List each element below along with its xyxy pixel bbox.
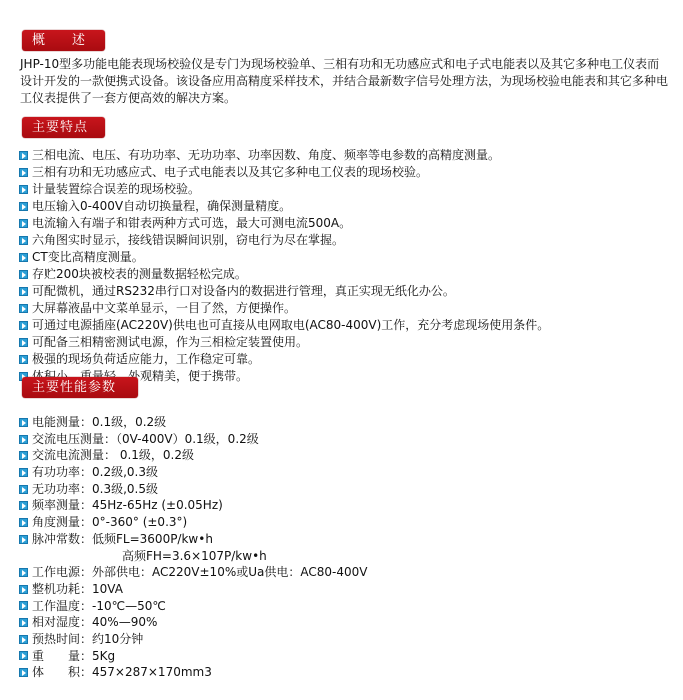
feature-text: 三相电流、电压、有功功率、无功功率、功率因数、角度、频率等电参数的高精度测量。: [32, 147, 500, 164]
feature-text: 电压输入0-400V自动切换量程，确保测量精度。: [32, 198, 291, 215]
feature-text: 可配备三相精密测试电源，作为三相检定装置使用。: [32, 334, 308, 351]
param-row-continuation: 高频FH=3.6×107P/kw•h: [19, 548, 367, 565]
blue-arrow-square-icon: [19, 501, 28, 510]
param-row: 无功功率：0.3级,0.5级: [19, 481, 367, 498]
param-label: 有功功率: [32, 464, 80, 481]
blue-arrow-square-icon: [19, 568, 28, 577]
param-label: 角度测量: [32, 514, 80, 531]
param-value: ：（0V-400V）0.1级，0.2级: [104, 431, 259, 448]
param-row: 频率测量：45Hz-65Hz (±0.05Hz): [19, 497, 367, 514]
list-item: 电压输入0-400V自动切换量程，确保测量精度。: [19, 198, 549, 215]
blue-arrow-square-icon: [19, 253, 28, 262]
list-item: 六角图实时显示，接线错误瞬间识别，窃电行为尽在掌握。: [19, 232, 549, 249]
param-row: 交流电压测量：（0V-400V）0.1级，0.2级: [19, 431, 367, 448]
param-value: ：5Kg: [80, 648, 115, 665]
list-item: 大屏幕液晶中文菜单显示，一目了然，方便操作。: [19, 300, 549, 317]
param-value: ：-10℃—50℃: [80, 598, 166, 615]
list-item: 三相电流、电压、有功功率、无功功率、功率因数、角度、频率等电参数的高精度测量。: [19, 147, 549, 164]
feature-text: 大屏幕液晶中文菜单显示，一目了然，方便操作。: [32, 300, 296, 317]
blue-arrow-square-icon: [19, 355, 28, 364]
feature-text: 六角图实时显示，接线错误瞬间识别，窃电行为尽在掌握。: [32, 232, 344, 249]
param-value: ：0.2级,0.3级: [80, 464, 158, 481]
param-row: 有功功率：0.2级,0.3级: [19, 464, 367, 481]
feature-text: 计量装置综合误差的现场校验。: [32, 181, 200, 198]
blue-arrow-square-icon: [19, 287, 28, 296]
title-char: 述: [72, 33, 86, 48]
param-label: 重 量: [32, 648, 80, 665]
list-item: 可配备三相精密测试电源，作为三相检定装置使用。: [19, 334, 549, 351]
list-item: 可配微机，通过RS232串行口对设备内的数据进行管理，真正实现无纸化办公。: [19, 283, 549, 300]
feature-text: 存贮200块被校表的测量数据轻松完成。: [32, 266, 247, 283]
param-row: 电能测量：0.1级，0.2级: [19, 414, 367, 431]
param-label: 整机功耗: [32, 581, 80, 598]
param-row: 交流电流测量： 0.1级，0.2级: [19, 447, 367, 464]
blue-arrow-square-icon: [19, 304, 28, 313]
blue-arrow-square-icon: [19, 435, 28, 444]
param-label: 交流电流测量: [32, 447, 104, 464]
blue-arrow-square-icon: [19, 338, 28, 347]
param-value: ： 0.1级，0.2级: [104, 447, 194, 464]
list-item: 电流输入有端子和钳表两种方式可选，最大可测电流500A。: [19, 215, 549, 232]
param-label: 无功功率: [32, 481, 80, 498]
param-value: ：外部供电：AC220V±10%或Ua供电：AC80-400V: [80, 564, 367, 581]
blue-arrow-square-icon: [19, 451, 28, 460]
blue-arrow-square-icon: [19, 585, 28, 594]
param-label: 脉冲常数: [32, 531, 80, 548]
param-row: 角度测量：0°-360° (±0.3°): [19, 514, 367, 531]
param-value: ：约10分钟: [80, 631, 143, 648]
list-item: 三相有功和无功感应式、电子式电能表以及其它多种电工仪表的现场校验。: [19, 164, 549, 181]
overview-paragraph: JHP-10型多功能电能表现场校验仪是专门为现场校验单、三相有功和无功感应式和电…: [20, 56, 670, 107]
param-row: 预热时间：约10分钟: [19, 631, 367, 648]
blue-arrow-square-icon: [19, 168, 28, 177]
blue-arrow-square-icon: [19, 651, 28, 660]
blue-arrow-square-icon: [19, 418, 28, 427]
param-label: 相对湿度: [32, 614, 80, 631]
blue-arrow-square-icon: [19, 535, 28, 544]
params-list: 电能测量：0.1级，0.2级 交流电压测量：（0V-400V）0.1级，0.2级…: [19, 414, 367, 681]
param-label: 预热时间: [32, 631, 80, 648]
section-title-features: 主要特点: [22, 117, 105, 138]
param-value: ：0.3级,0.5级: [80, 481, 158, 498]
param-value: ：10VA: [80, 581, 123, 598]
param-value: ：45Hz-65Hz (±0.05Hz): [80, 497, 223, 514]
blue-arrow-square-icon: [19, 518, 28, 527]
blue-arrow-square-icon: [19, 236, 28, 245]
blue-arrow-square-icon: [19, 185, 28, 194]
feature-text: 可通过电源插座(AC220V)供电也可直接从电网取电(AC80-400V)工作，…: [32, 317, 549, 334]
param-label: 频率测量: [32, 497, 80, 514]
param-row: 相对湿度：40%—90%: [19, 614, 367, 631]
feature-text: 三相有功和无功感应式、电子式电能表以及其它多种电工仪表的现场校验。: [32, 164, 428, 181]
blue-arrow-square-icon: [19, 151, 28, 160]
list-item: 极强的现场负荷适应能力，工作稳定可靠。: [19, 351, 549, 368]
list-item: 存贮200块被校表的测量数据轻松完成。: [19, 266, 549, 283]
param-row: 重 量：5Kg: [19, 648, 367, 665]
feature-text: 电流输入有端子和钳表两种方式可选，最大可测电流500A。: [32, 215, 351, 232]
param-row: 脉冲常数：低频FL=3600P/kw•h: [19, 531, 367, 548]
list-item: 可通过电源插座(AC220V)供电也可直接从电网取电(AC80-400V)工作，…: [19, 317, 549, 334]
param-label: 工作电源: [32, 564, 80, 581]
title-char: 概: [32, 33, 46, 48]
param-value: ：457×287×170mm3: [80, 664, 212, 681]
list-item: CT变比高精度测量。: [19, 249, 549, 266]
blue-arrow-square-icon: [19, 468, 28, 477]
blue-arrow-square-icon: [19, 485, 28, 494]
blue-arrow-square-icon: [19, 635, 28, 644]
blue-arrow-square-icon: [19, 321, 28, 330]
param-label: 交流电压测量: [32, 431, 104, 448]
feature-text: 可配微机，通过RS232串行口对设备内的数据进行管理，真正实现无纸化办公。: [32, 283, 455, 300]
param-value: ：低频FL=3600P/kw•h: [80, 531, 213, 548]
section-title-overview: 概述: [22, 30, 105, 51]
param-value: ：40%—90%: [80, 614, 157, 631]
blue-arrow-square-icon: [19, 219, 28, 228]
param-row: 整机功耗：10VA: [19, 581, 367, 598]
blue-arrow-square-icon: [19, 202, 28, 211]
param-row: 体 积：457×287×170mm3: [19, 664, 367, 681]
param-value: 高频FH=3.6×107P/kw•h: [122, 548, 267, 565]
list-item: 计量装置综合误差的现场校验。: [19, 181, 549, 198]
feature-text: 极强的现场负荷适应能力，工作稳定可靠。: [32, 351, 260, 368]
param-label: 电能测量: [32, 414, 80, 431]
features-list: 三相电流、电压、有功功率、无功功率、功率因数、角度、频率等电参数的高精度测量。 …: [19, 147, 549, 385]
param-label: 体 积: [32, 664, 80, 681]
blue-arrow-square-icon: [19, 668, 28, 677]
section-title-params: 主要性能参数: [22, 377, 138, 398]
param-row: 工作电源：外部供电：AC220V±10%或Ua供电：AC80-400V: [19, 564, 367, 581]
param-value: ：0.1级，0.2级: [80, 414, 166, 431]
blue-arrow-square-icon: [19, 270, 28, 279]
feature-text: CT变比高精度测量。: [32, 249, 144, 266]
blue-arrow-square-icon: [19, 601, 28, 610]
param-row: 工作温度：-10℃—50℃: [19, 598, 367, 615]
param-value: ：0°-360° (±0.3°): [80, 514, 187, 531]
blue-arrow-square-icon: [19, 618, 28, 627]
param-label: 工作温度: [32, 598, 80, 615]
